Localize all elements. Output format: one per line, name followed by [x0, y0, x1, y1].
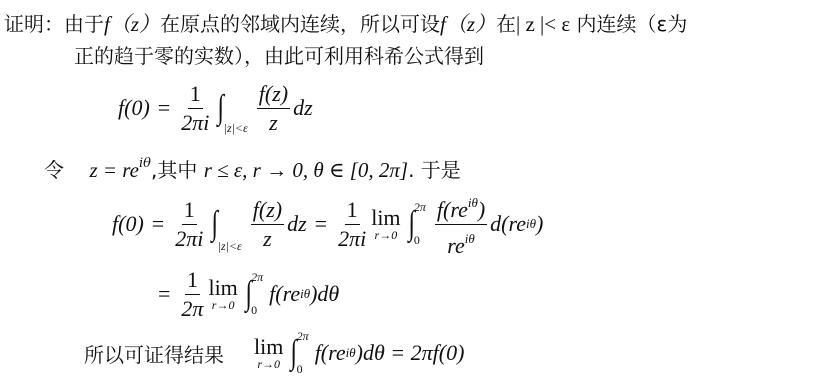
math-abs-z: | z | [516, 12, 544, 36]
proof-label: 证明： [4, 12, 64, 36]
integral-domain: |z|<ε [224, 121, 248, 136]
text: ,其中 [151, 158, 197, 182]
integral-sign: ∫ [245, 277, 252, 311]
differential: dz [293, 95, 313, 121]
substitution-line: 令 z = reiθ,其中 r ≤ ε, r → 0, θ ∈ [0, 2π].… [44, 152, 461, 182]
equation-cauchy: f(0) = 1 2πi ∫ |z|<ε f(z) z dz [118, 78, 313, 138]
proof-line-2: 正的趋于零的实数），由此可利用科希公式得到 [74, 44, 484, 68]
text: 在原点的邻域内连续，所以可设 [160, 12, 440, 36]
fraction: f(z) z [257, 82, 290, 135]
text: 令 [44, 158, 64, 182]
integral-sign: ∫ [408, 207, 415, 241]
equation-substituted: f(0) = 1 2πi ∫ |z|<ε f(z) z dz = 1 2πi l… [112, 192, 543, 256]
math-f-z: f（z） [440, 12, 496, 36]
math-lt-eps: < ε [544, 12, 570, 36]
limit: lim r→0 [208, 277, 237, 311]
equation-simplified: = 1 2π lim r→0 ∫ 2π 0 f(reiθ)dθ [158, 264, 339, 324]
math: z = re [89, 158, 139, 182]
math-conditions: r ≤ ε, r → 0, θ ∈ [0, 2π] [204, 158, 408, 182]
text: 由于 [64, 12, 104, 36]
integral-sign: ∫ [218, 91, 225, 125]
text: 内连续（ε为 [570, 12, 687, 36]
text: . 于是 [408, 158, 461, 182]
fraction: 1 2πi [181, 82, 209, 135]
integral-sign: ∫ [212, 207, 219, 241]
math-f-z: f（z） [104, 12, 160, 36]
equals: = [158, 95, 170, 121]
limit: lim r→0 [371, 207, 400, 241]
limit: lim r→0 [254, 336, 283, 370]
text: 所以可证得结果 [84, 339, 224, 368]
conclusion-line: 所以可证得结果 lim r→0 ∫ 2π 0 f(reiθ)dθ = 2πf(0… [84, 328, 464, 378]
text: 正的趋于零的实数），由此可利用科希公式得到 [74, 44, 484, 68]
integral-sign: ∫ [291, 336, 298, 370]
proof-line-1: 证明：由于f（z）在原点的邻域内连续，所以可设f（z）在| z |< ε 内连续… [4, 12, 687, 36]
text: 在 [496, 12, 516, 36]
lhs: f(0) [118, 95, 150, 121]
